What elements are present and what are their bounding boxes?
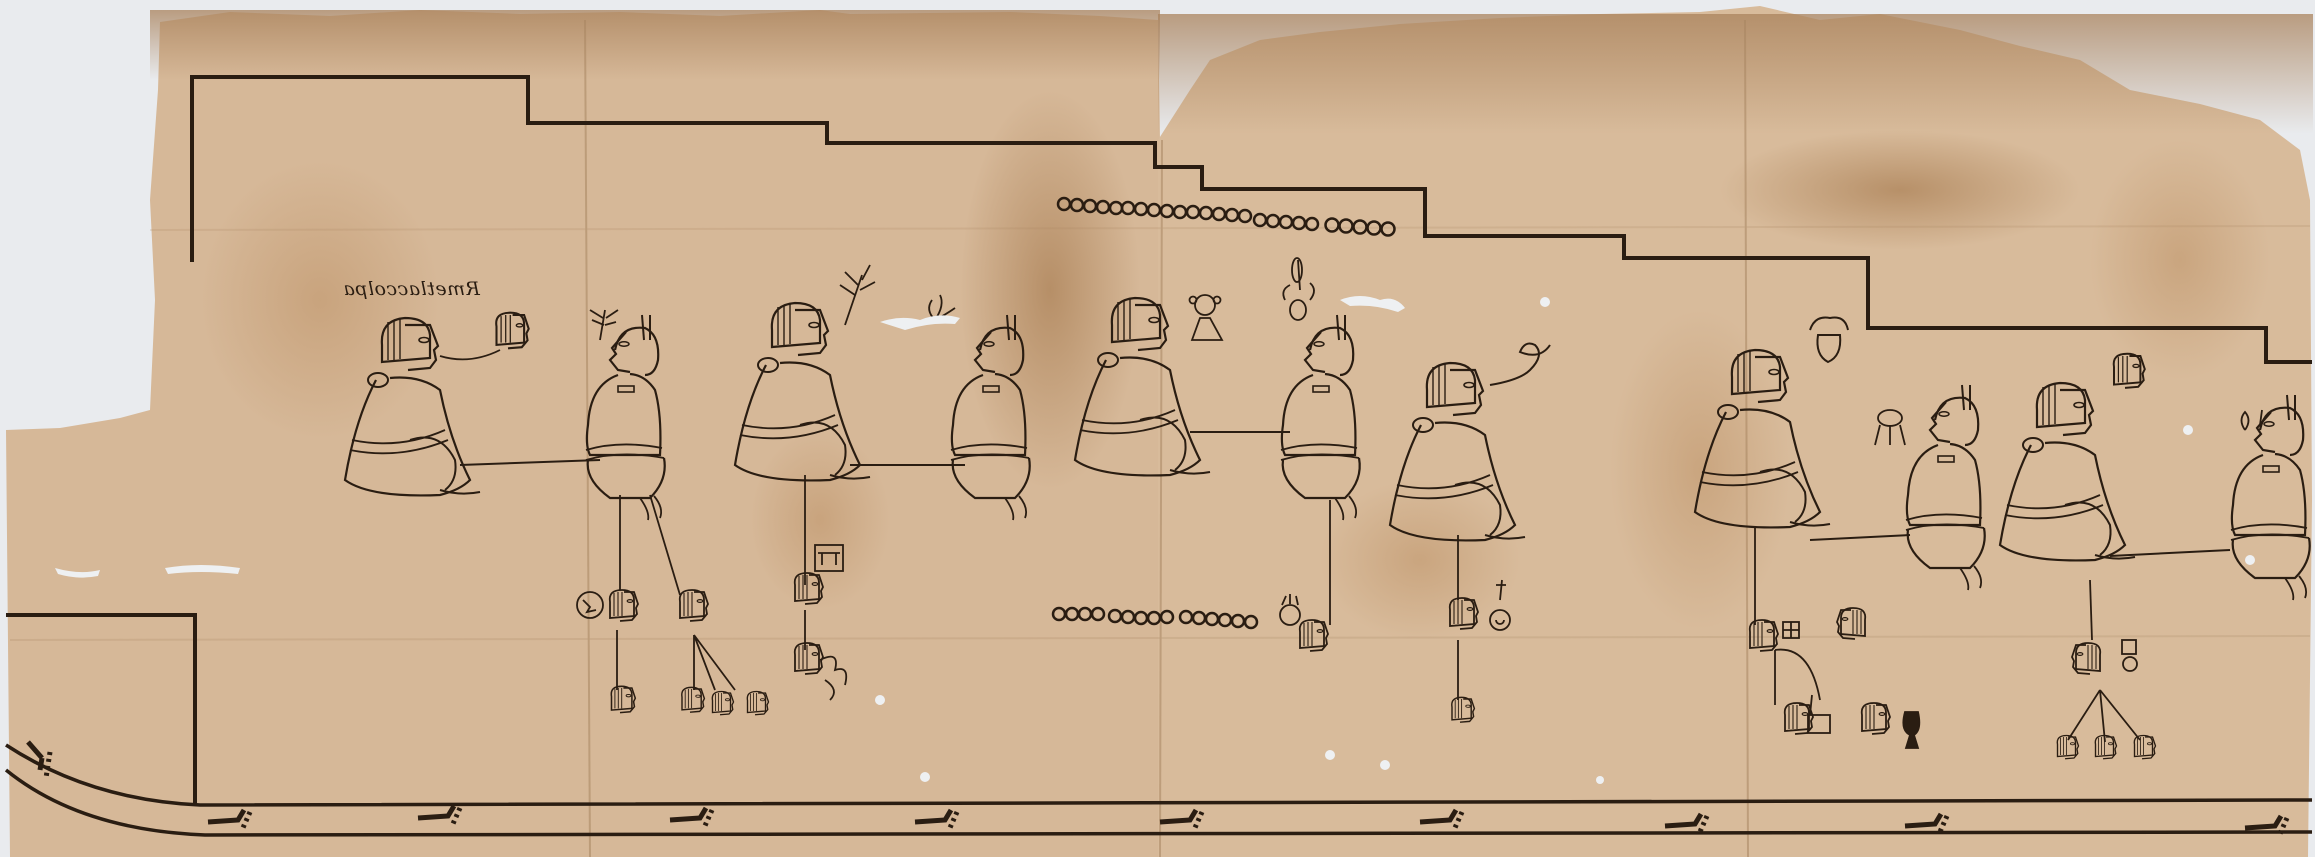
water-stain (200, 160, 440, 440)
water-stain (960, 90, 1140, 490)
water-stain (750, 430, 890, 610)
water-stain (1720, 130, 2080, 250)
codex-stage: Rmetlaccolpa (0, 0, 2315, 857)
water-stain (2090, 140, 2270, 380)
edge-stain-left (150, 10, 1160, 80)
handwritten-gloss: Rmetlaccolpa (343, 278, 480, 300)
edge-stain-right (1158, 14, 2313, 134)
codex-image (0, 0, 2315, 857)
